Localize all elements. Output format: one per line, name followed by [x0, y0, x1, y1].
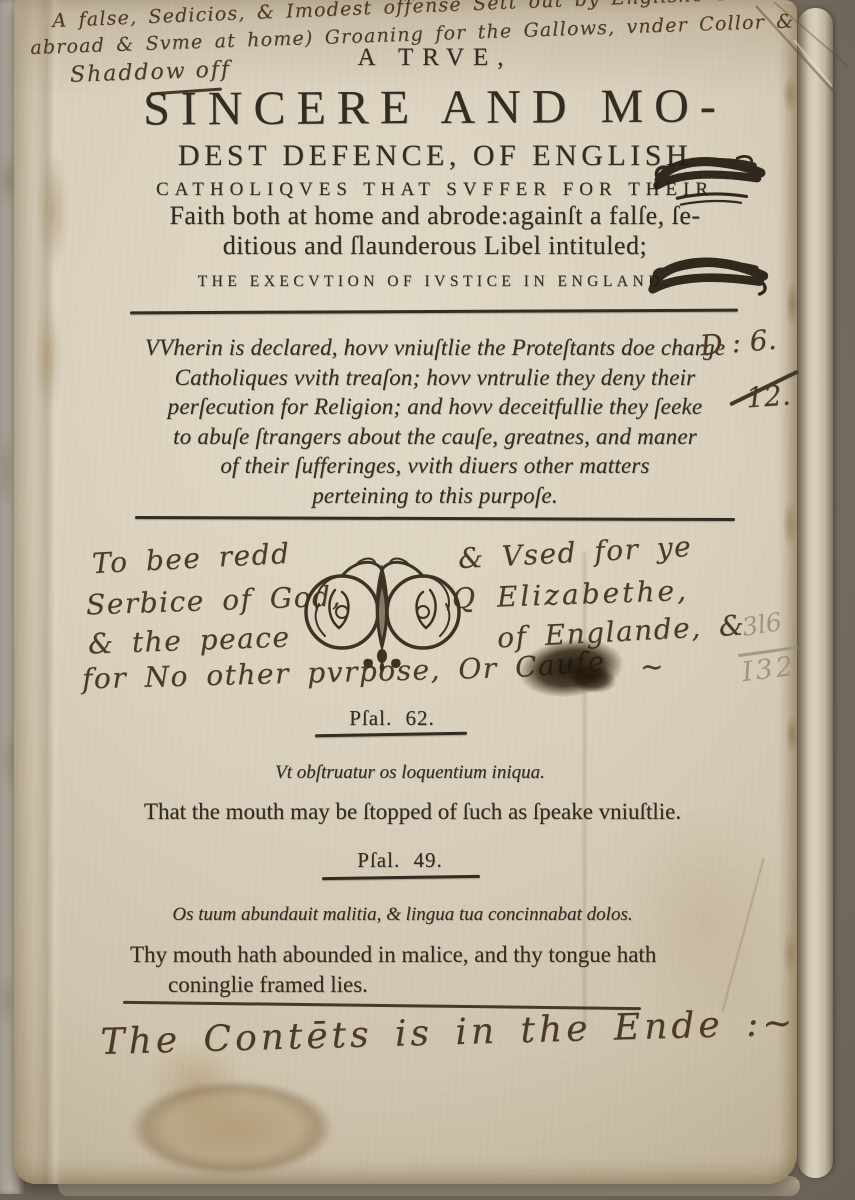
- argument-line: of their ſufferinges, vvith diuers other…: [95, 451, 775, 481]
- psalm-49-heading: Pſal. 49.: [300, 848, 500, 873]
- psalm-49-latin: Os tuum abundauit malitia, & lingua tua …: [120, 904, 685, 926]
- ms-note-left-3: & the peace: [87, 620, 291, 660]
- psalm-62-latin: Vt obſtruatur os loquentium iniqua.: [150, 762, 670, 784]
- rolled-page-edge: [798, 8, 833, 1178]
- pencil-mark-1: 3l6: [740, 607, 784, 642]
- argument-line: Catholiques vvith treaſon; hovv vntrulie…: [95, 363, 775, 393]
- psalm-49-english-line1: Thy mouth hath abounded in malice, and t…: [130, 942, 656, 968]
- argument-line: perteining to this purpoſe.: [95, 481, 775, 511]
- title-kicker: A TRVE,: [280, 44, 590, 72]
- price-mark-top: D : 6.: [699, 323, 778, 363]
- argument-line: VVherin is declared, hovv vniuſtlie the …: [95, 333, 775, 363]
- psalm-62-heading: Pſal. 62.: [292, 706, 492, 731]
- stain-left-upper: [38, 150, 68, 270]
- argument-line: to abuſe ſtrangers about the cauſe, grea…: [95, 422, 775, 452]
- psalm-62-english: That the mouth may be ſtopped of ſuch as…: [100, 799, 725, 825]
- pencil-mark-2: I32: [740, 651, 797, 688]
- ink-scribble-1: [650, 146, 770, 216]
- psalm-49-english-line2: coninglie framed lies.: [168, 972, 368, 998]
- printer-ornament: [295, 548, 470, 673]
- stain-bottom-large: [112, 1072, 352, 1184]
- argument-line: perſecution for Religion; and hovv decei…: [95, 392, 775, 422]
- stain-left-mid: [34, 300, 62, 415]
- price-mark-bottom: 12.: [745, 378, 792, 414]
- ink-scribble-2: [645, 246, 771, 304]
- argument-paragraph: VVherin is declared, hovv vniuſtlie the …: [95, 333, 775, 510]
- ms-note-tail-flourish: ~: [640, 650, 665, 683]
- title-line-1: SINCERE AND MO-: [85, 78, 785, 137]
- book-photo: A false, Sedicios, & Imodest offense Set…: [0, 0, 855, 1200]
